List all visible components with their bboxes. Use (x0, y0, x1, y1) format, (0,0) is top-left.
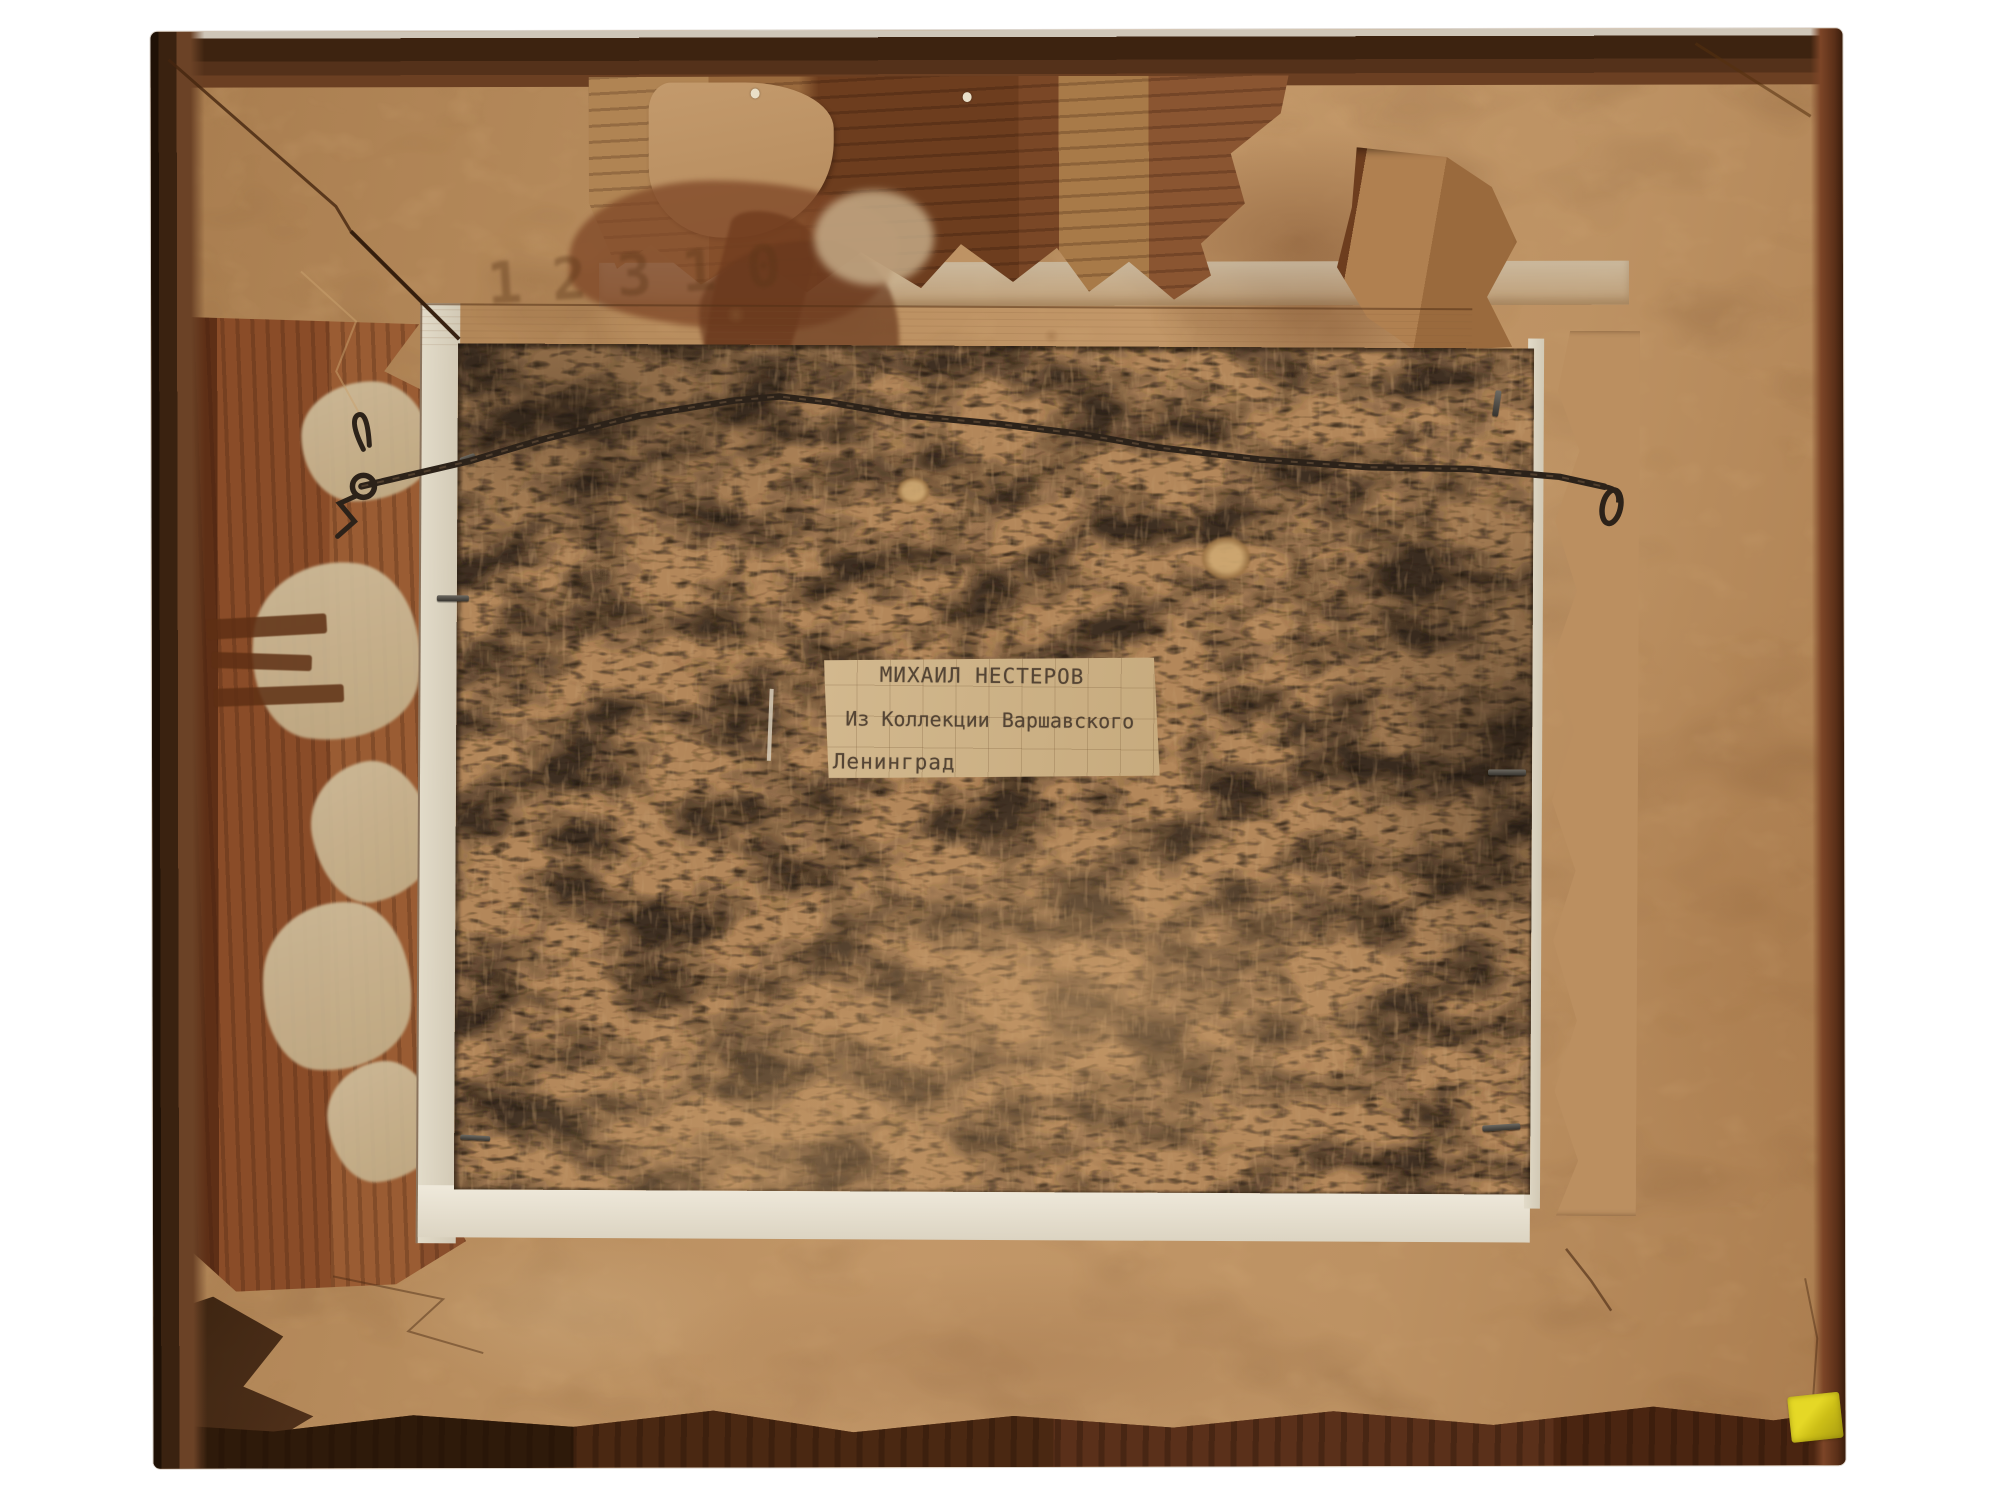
label-line-collection: Из Коллекции Варшавского (845, 706, 1134, 733)
stretcher-assembly: МИХАИЛ НЕСТЕРОВ Из Коллекции Варшавского… (150, 28, 1845, 1469)
wood-knot (1202, 537, 1250, 579)
photo-of-painting-verso: 12310 МИХАИЛ НЕСТЕРОВ Из К (0, 0, 2000, 1500)
frame-back: 12310 МИХАИЛ НЕСТЕРОВ Из К (150, 28, 1845, 1469)
yellow-sticker (1787, 1392, 1844, 1443)
label-line-artist: МИХАИЛ НЕСТЕРОВ (880, 663, 1085, 689)
collection-label: МИХАИЛ НЕСТЕРОВ Из Коллекции Варшавского… (823, 654, 1161, 781)
nail (437, 595, 469, 601)
wood-knot (897, 477, 929, 504)
label-line-city: Ленинград (833, 749, 956, 774)
staple (1488, 769, 1526, 775)
